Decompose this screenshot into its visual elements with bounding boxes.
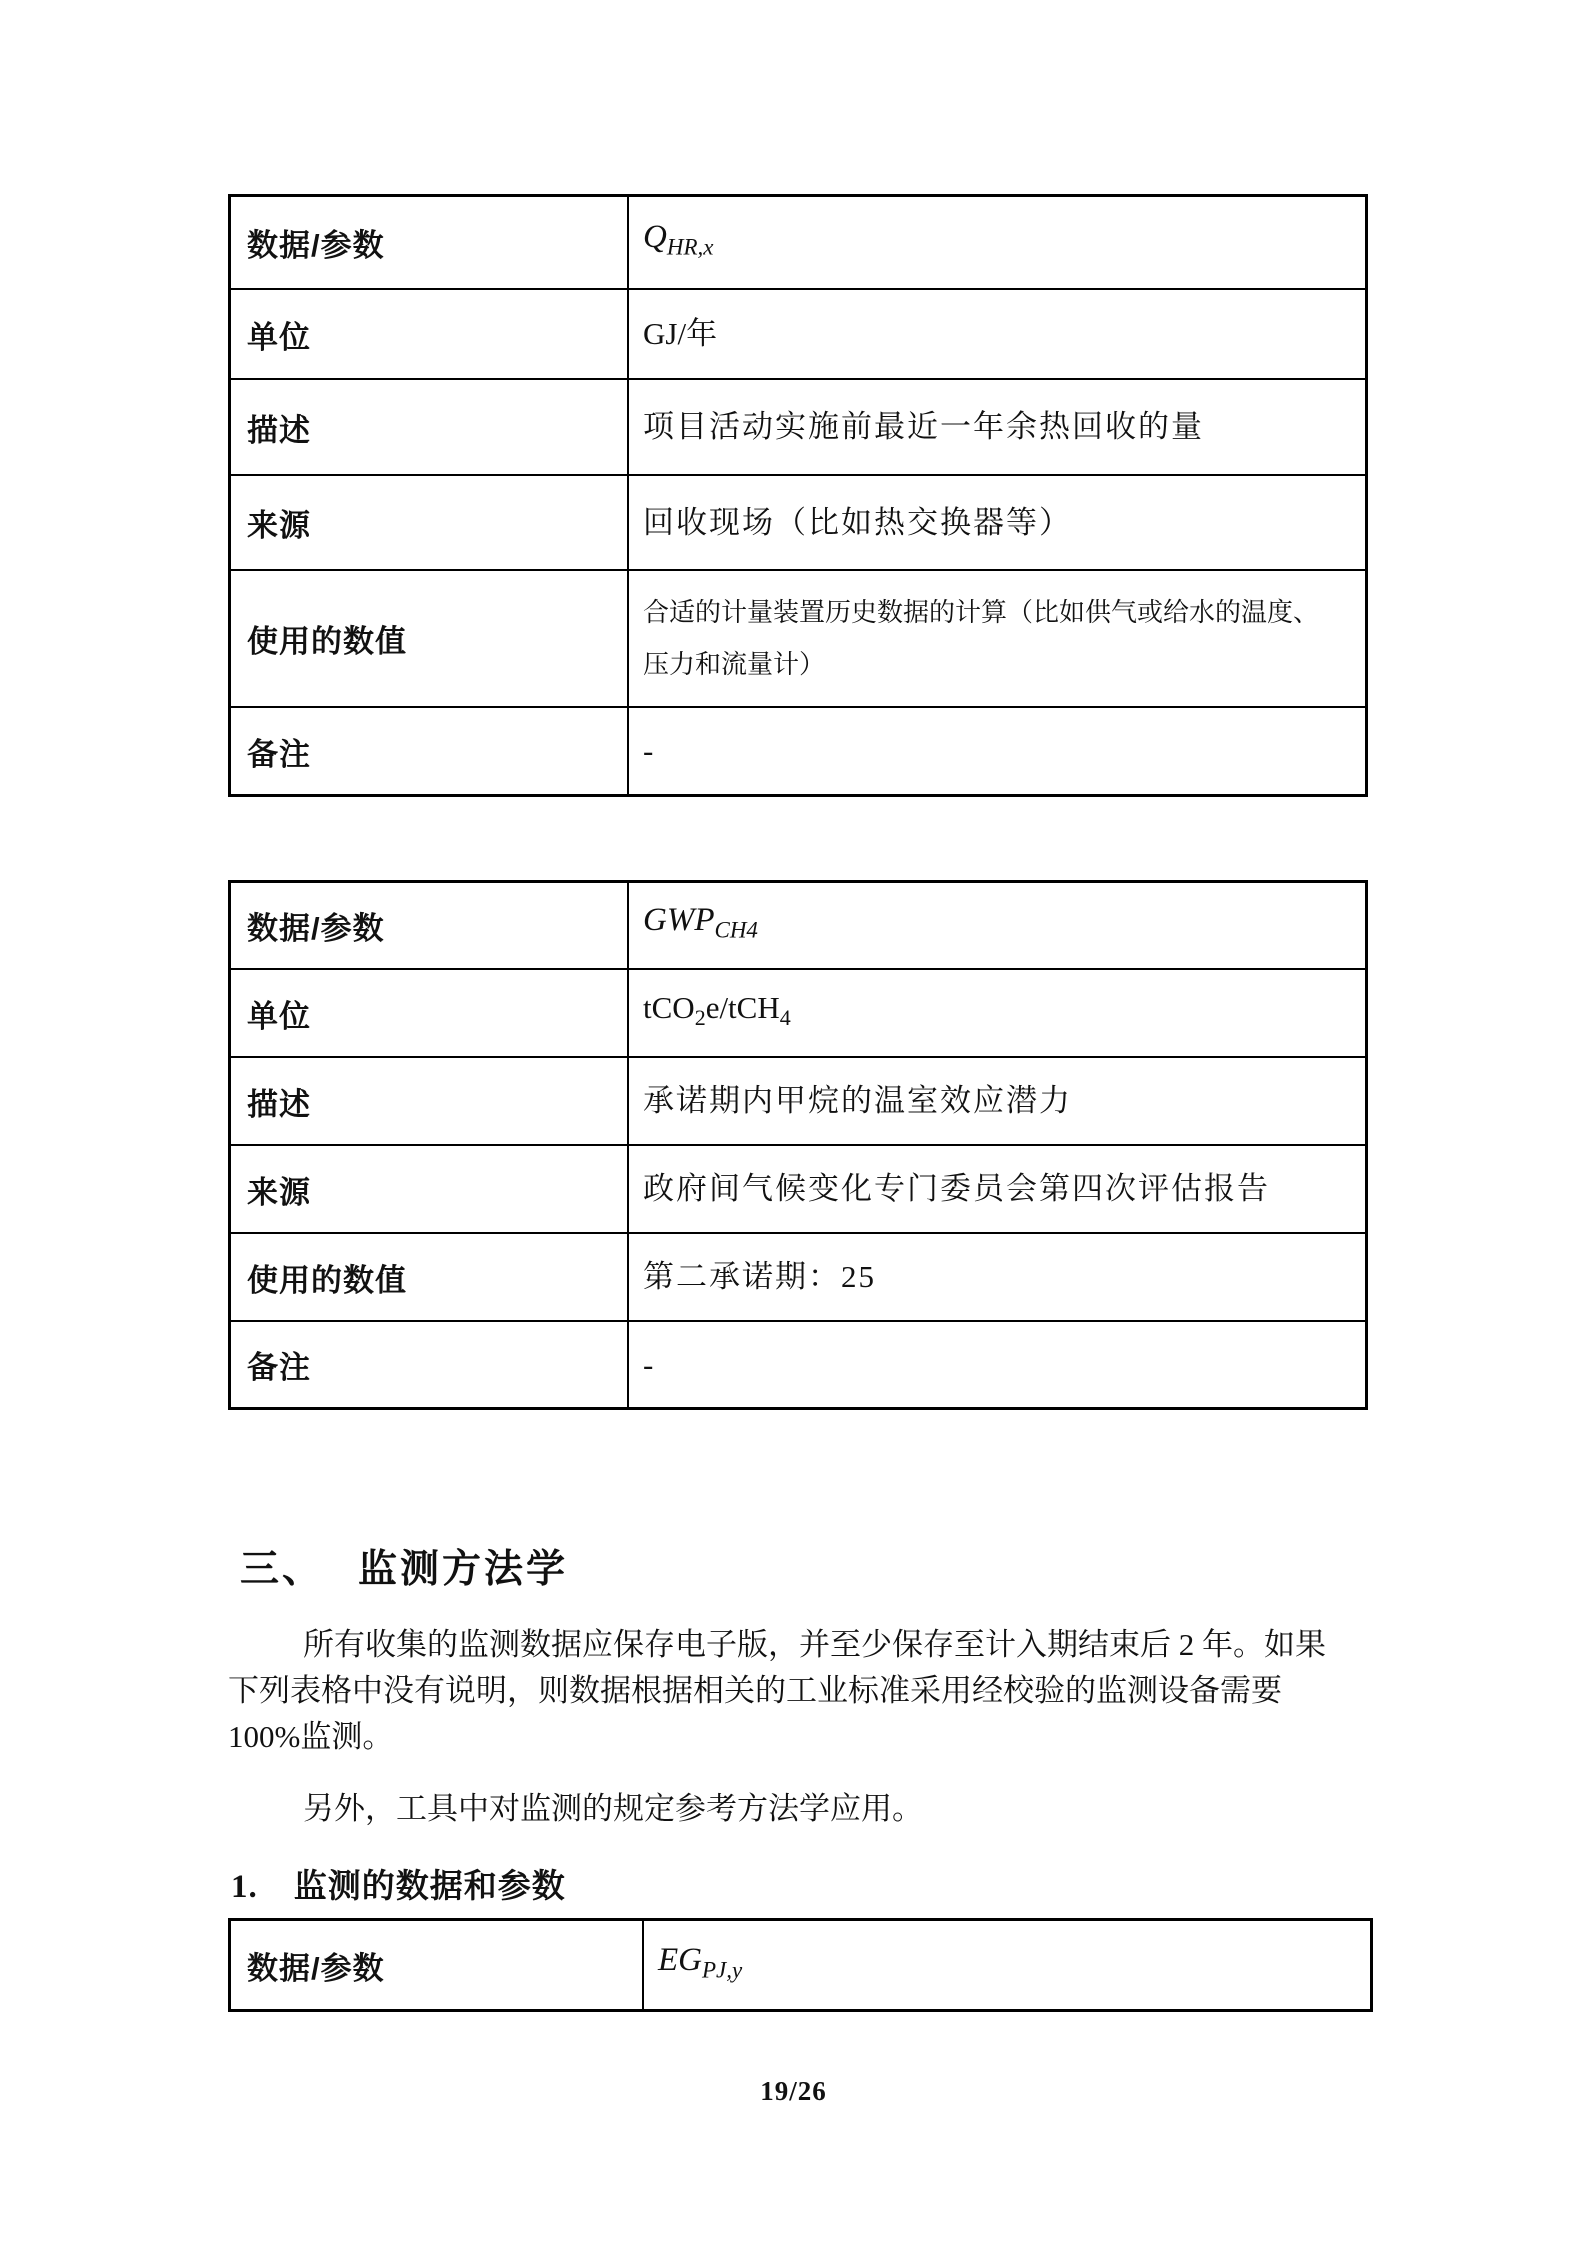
- row-value: EGPJ,y: [644, 1921, 1370, 2009]
- row-value: 承诺期内甲烷的温室效应潜力: [629, 1058, 1365, 1144]
- row-label: 来源: [231, 476, 629, 569]
- unit-text: tCO2e/tCH4: [643, 985, 791, 1041]
- table-row: 来源 政府间气候变化专门委员会第四次评估报告: [231, 1144, 1365, 1232]
- row-value: QHR,x: [629, 197, 1365, 288]
- document-page: 数据/参数 QHR,x 单位 GJ/年 描述 项目活动实施前最近一年余热回收的量…: [0, 0, 1587, 2245]
- section-heading: 三、监测方法学: [240, 1538, 568, 1594]
- subsection-title: 监测的数据和参数: [294, 1867, 566, 1904]
- row-value: tCO2e/tCH4: [629, 970, 1365, 1056]
- row-label: 使用的数值: [231, 1234, 629, 1320]
- row-label: 单位: [231, 290, 629, 378]
- row-label: 使用的数值: [231, 571, 629, 706]
- parameter-table-egpjy: 数据/参数 EGPJ,y: [228, 1918, 1373, 2012]
- subsection-number: 1.: [231, 1869, 258, 1905]
- parameter-symbol: EGPJ,y: [658, 1937, 742, 1994]
- paragraph-tool-reference: 另外，工具中对监测的规定参考方法学应用。: [228, 1786, 1368, 1832]
- row-label: 来源: [231, 1146, 629, 1232]
- row-value: -: [629, 708, 1365, 794]
- page-number: 19/26: [0, 2076, 1587, 2107]
- subsection-heading: 1.监测的数据和参数: [231, 1860, 566, 1907]
- row-label: 描述: [231, 1058, 629, 1144]
- table-row: 单位 GJ/年: [231, 288, 1365, 378]
- row-value: GJ/年: [629, 290, 1365, 378]
- row-value: 政府间气候变化专门委员会第四次评估报告: [629, 1146, 1365, 1232]
- row-label: 描述: [231, 380, 629, 474]
- row-label: 数据/参数: [231, 883, 629, 968]
- parameter-symbol: QHR,x: [643, 214, 713, 271]
- table-row: 描述 承诺期内甲烷的温室效应潜力: [231, 1056, 1365, 1144]
- table-row: 数据/参数 EGPJ,y: [231, 1921, 1370, 2009]
- table-row: 备注 -: [231, 1320, 1365, 1407]
- table-row: 备注 -: [231, 706, 1365, 794]
- row-label: 备注: [231, 1322, 629, 1407]
- table-row: 来源 回收现场（比如热交换器等）: [231, 474, 1365, 569]
- row-label: 数据/参数: [231, 1921, 644, 2009]
- section-number: 三、: [240, 1548, 324, 1591]
- row-label: 备注: [231, 708, 629, 794]
- row-value: GWPCH4: [629, 883, 1365, 968]
- paragraph-retention: 所有收集的监测数据应保存电子版，并至少保存至计入期结束后 2 年。如果 下列表格…: [228, 1622, 1368, 1760]
- row-label: 数据/参数: [231, 197, 629, 288]
- row-value: 回收现场（比如热交换器等）: [629, 476, 1365, 569]
- parameter-table-qhrx: 数据/参数 QHR,x 单位 GJ/年 描述 项目活动实施前最近一年余热回收的量…: [228, 194, 1368, 797]
- parameter-table-gwpch4: 数据/参数 GWPCH4 单位 tCO2e/tCH4 描述 承诺期内甲烷的温室效…: [228, 880, 1368, 1410]
- row-value: 合适的计量装置历史数据的计算（比如供气或给水的温度、 压力和流量计）: [629, 571, 1365, 706]
- table-row: 数据/参数 QHR,x: [231, 197, 1365, 288]
- row-label: 单位: [231, 970, 629, 1056]
- parameter-symbol: GWPCH4: [643, 897, 758, 954]
- table-row: 单位 tCO2e/tCH4: [231, 968, 1365, 1056]
- table-row: 数据/参数 GWPCH4: [231, 883, 1365, 968]
- row-value: 第二承诺期：25: [629, 1234, 1365, 1320]
- table-row: 使用的数值 合适的计量装置历史数据的计算（比如供气或给水的温度、 压力和流量计）: [231, 569, 1365, 706]
- row-value: -: [629, 1322, 1365, 1407]
- table-row: 描述 项目活动实施前最近一年余热回收的量: [231, 378, 1365, 474]
- row-value: 项目活动实施前最近一年余热回收的量: [629, 380, 1365, 474]
- section-title: 监测方法学: [358, 1548, 568, 1591]
- table-row: 使用的数值 第二承诺期：25: [231, 1232, 1365, 1320]
